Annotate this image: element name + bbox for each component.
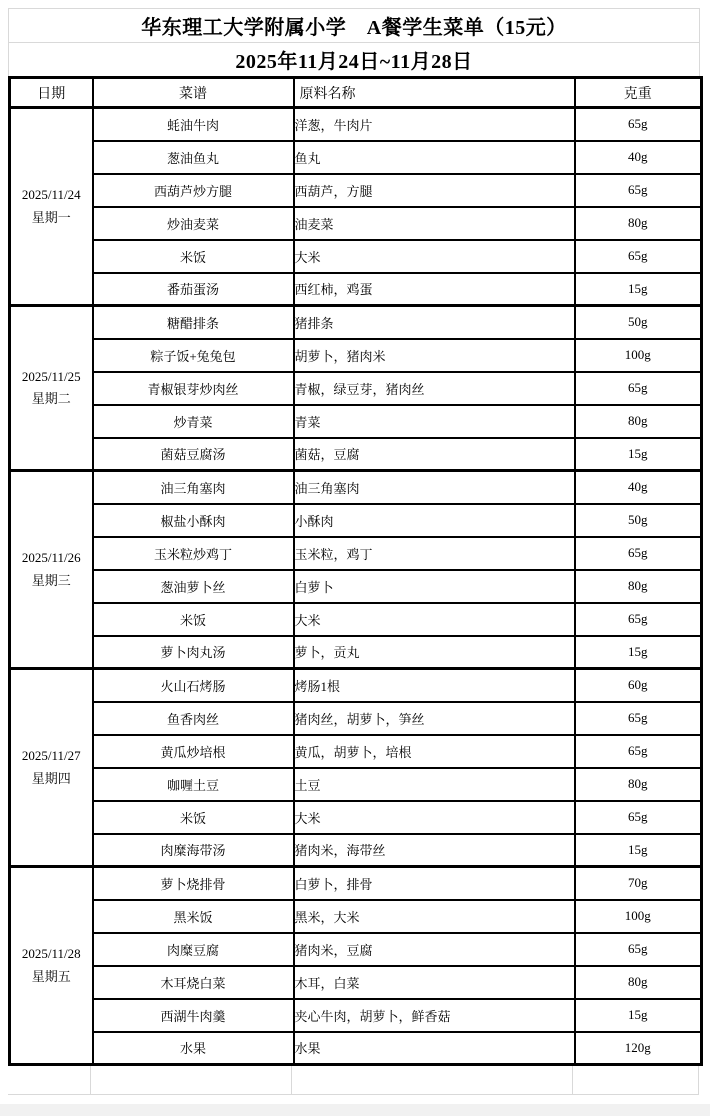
date-text: 2025/11/24 [11,184,92,206]
date-text: 2025/11/27 [11,745,92,767]
date-cell: 2025/11/28星期五 [10,867,93,1065]
menu-row: 木耳烧白菜木耳，白菜80g [10,966,702,999]
title-block: 华东理工大学附属小学 A餐学生菜单（15元） 2025年11月24日~11月28… [8,8,700,76]
menu-row: 炒青菜青菜80g [10,405,702,438]
weight-cell: 15g [575,999,702,1032]
dish-cell: 萝卜烧排骨 [93,867,294,900]
menu-row: 咖喱土豆土豆80g [10,768,702,801]
dish-cell: 木耳烧白菜 [93,966,294,999]
ingredients-cell: 油三角塞肉 [294,471,575,504]
weight-cell: 40g [575,141,702,174]
ingredients-cell: 白萝卜 [294,570,575,603]
weight-cell: 70g [575,867,702,900]
header-date: 日期 [10,78,93,108]
weight-cell: 80g [575,405,702,438]
weight-cell: 100g [575,339,702,372]
menu-row: 黑米饭黑米，大米100g [10,900,702,933]
dish-cell: 米饭 [93,603,294,636]
dish-cell: 黑米饭 [93,900,294,933]
ingredients-cell: 猪肉米，豆腐 [294,933,575,966]
weight-cell: 100g [575,900,702,933]
weekday-text: 星期四 [11,768,92,790]
header-ingredients: 原料名称 [294,78,575,108]
menu-row: 2025/11/28星期五萝卜烧排骨白萝卜，排骨70g [10,867,702,900]
ingredients-cell: 鱼丸 [294,141,575,174]
ingredients-cell: 洋葱，牛肉片 [294,108,575,141]
menu-row: 米饭大米65g [10,603,702,636]
menu-row: 肉糜豆腐猪肉米，豆腐65g [10,933,702,966]
menu-row: 肉糜海带汤猪肉米，海带丝15g [10,834,702,867]
ingredients-cell: 土豆 [294,768,575,801]
weight-cell: 80g [575,966,702,999]
weekday-text: 星期二 [11,388,92,410]
menu-table-body: 2025/11/24星期一蚝油牛肉洋葱，牛肉片65g葱油鱼丸鱼丸40g西葫芦炒方… [10,108,702,1065]
weight-cell: 60g [575,669,702,702]
weight-cell: 15g [575,438,702,471]
date-cell: 2025/11/27星期四 [10,669,93,867]
menu-row: 菌菇豆腐汤菌菇，豆腐15g [10,438,702,471]
dish-cell: 鱼香肉丝 [93,702,294,735]
weight-cell: 50g [575,306,702,339]
weekday-text: 星期一 [11,207,92,229]
weight-cell: 80g [575,570,702,603]
dish-cell: 水果 [93,1032,294,1065]
header-dish: 菜谱 [93,78,294,108]
date-cell: 2025/11/24星期一 [10,108,93,306]
dish-cell: 粽子饭+兔兔包 [93,339,294,372]
date-range: 2025年11月24日~11月28日 [9,43,699,76]
dish-cell: 肉糜豆腐 [93,933,294,966]
menu-row: 2025/11/27星期四火山石烤肠烤肠1根60g [10,669,702,702]
menu-row: 粽子饭+兔兔包胡萝卜，猪肉米100g [10,339,702,372]
dish-cell: 油三角塞肉 [93,471,294,504]
dish-cell: 炒青菜 [93,405,294,438]
dish-cell: 西湖牛肉羹 [93,999,294,1032]
menu-table: 日期 菜谱 原料名称 克重 2025/11/24星期一蚝油牛肉洋葱，牛肉片65g… [8,76,703,1066]
dish-cell: 菌菇豆腐汤 [93,438,294,471]
menu-row: 青椒银芽炒肉丝青椒，绿豆芽，猪肉丝65g [10,372,702,405]
ingredients-cell: 西红柿，鸡蛋 [294,273,575,306]
menu-sheet: 华东理工大学附属小学 A餐学生菜单（15元） 2025年11月24日~11月28… [0,0,710,1116]
dish-cell: 肉糜海带汤 [93,834,294,867]
menu-row: 炒油麦菜油麦菜80g [10,207,702,240]
ingredients-cell: 大米 [294,240,575,273]
menu-row: 鱼香肉丝猪肉丝，胡萝卜，笋丝65g [10,702,702,735]
ingredients-cell: 大米 [294,603,575,636]
weekday-text: 星期三 [11,570,92,592]
dish-cell: 椒盐小酥肉 [93,504,294,537]
dish-cell: 西葫芦炒方腿 [93,174,294,207]
ingredients-cell: 萝卜，贡丸 [294,636,575,669]
weight-cell: 65g [575,735,702,768]
empty-cell [8,1066,91,1094]
ingredients-cell: 胡萝卜，猪肉米 [294,339,575,372]
dish-cell: 黄瓜炒培根 [93,735,294,768]
weight-cell: 65g [575,603,702,636]
sheet-edge [0,1104,710,1116]
weight-cell: 15g [575,834,702,867]
date-cell: 2025/11/25星期二 [10,306,93,471]
date-text: 2025/11/28 [11,943,92,965]
menu-row: 萝卜肉丸汤萝卜，贡丸15g [10,636,702,669]
weight-cell: 65g [575,108,702,141]
menu-row: 椒盐小酥肉小酥肉50g [10,504,702,537]
dish-cell: 玉米粒炒鸡丁 [93,537,294,570]
ingredients-cell: 木耳，白菜 [294,966,575,999]
dish-cell: 番茄蛋汤 [93,273,294,306]
menu-row: 2025/11/24星期一蚝油牛肉洋葱，牛肉片65g [10,108,702,141]
ingredients-cell: 青菜 [294,405,575,438]
ingredients-cell: 猪排条 [294,306,575,339]
date-text: 2025/11/25 [11,366,92,388]
ingredients-cell: 黄瓜，胡萝卜，培根 [294,735,575,768]
empty-cell [91,1066,292,1094]
ingredients-cell: 烤肠1根 [294,669,575,702]
empty-grid-row [8,1066,699,1095]
weight-cell: 15g [575,636,702,669]
menu-row: 西葫芦炒方腿西葫芦，方腿65g [10,174,702,207]
ingredients-cell: 大米 [294,801,575,834]
ingredients-cell: 小酥肉 [294,504,575,537]
page-title: 华东理工大学附属小学 A餐学生菜单（15元） [9,9,699,43]
menu-row: 黄瓜炒培根黄瓜，胡萝卜，培根65g [10,735,702,768]
weight-cell: 65g [575,372,702,405]
weight-cell: 65g [575,933,702,966]
date-text: 2025/11/26 [11,547,92,569]
menu-row: 葱油鱼丸鱼丸40g [10,141,702,174]
header-row: 日期 菜谱 原料名称 克重 [10,78,702,108]
ingredients-cell: 青椒，绿豆芽，猪肉丝 [294,372,575,405]
dish-cell: 萝卜肉丸汤 [93,636,294,669]
ingredients-cell: 夹心牛肉，胡萝卜，鲜香菇 [294,999,575,1032]
ingredients-cell: 猪肉米，海带丝 [294,834,575,867]
weight-cell: 65g [575,801,702,834]
menu-row: 2025/11/25星期二糖醋排条猪排条50g [10,306,702,339]
weight-cell: 120g [575,1032,702,1065]
ingredients-cell: 玉米粒，鸡丁 [294,537,575,570]
dish-cell: 葱油鱼丸 [93,141,294,174]
dish-cell: 咖喱土豆 [93,768,294,801]
menu-row: 2025/11/26星期三油三角塞肉油三角塞肉40g [10,471,702,504]
dish-cell: 葱油萝卜丝 [93,570,294,603]
weight-cell: 65g [575,240,702,273]
weight-cell: 65g [575,174,702,207]
dish-cell: 青椒银芽炒肉丝 [93,372,294,405]
menu-row: 西湖牛肉羹夹心牛肉，胡萝卜，鲜香菇15g [10,999,702,1032]
weight-cell: 15g [575,273,702,306]
dish-cell: 糖醋排条 [93,306,294,339]
weight-cell: 80g [575,207,702,240]
weight-cell: 80g [575,768,702,801]
menu-row: 米饭大米65g [10,801,702,834]
menu-row: 葱油萝卜丝白萝卜80g [10,570,702,603]
ingredients-cell: 水果 [294,1032,575,1065]
weight-cell: 50g [575,504,702,537]
ingredients-cell: 油麦菜 [294,207,575,240]
menu-row: 水果水果120g [10,1032,702,1065]
header-weight: 克重 [575,78,702,108]
ingredients-cell: 西葫芦，方腿 [294,174,575,207]
weight-cell: 65g [575,537,702,570]
ingredients-cell: 猪肉丝，胡萝卜，笋丝 [294,702,575,735]
dish-cell: 米饭 [93,240,294,273]
menu-row: 米饭大米65g [10,240,702,273]
empty-cell [573,1066,699,1094]
empty-cell [292,1066,573,1094]
dish-cell: 米饭 [93,801,294,834]
ingredients-cell: 白萝卜，排骨 [294,867,575,900]
dish-cell: 火山石烤肠 [93,669,294,702]
date-cell: 2025/11/26星期三 [10,471,93,669]
dish-cell: 蚝油牛肉 [93,108,294,141]
dish-cell: 炒油麦菜 [93,207,294,240]
menu-row: 番茄蛋汤西红柿，鸡蛋15g [10,273,702,306]
ingredients-cell: 黑米，大米 [294,900,575,933]
weight-cell: 40g [575,471,702,504]
weight-cell: 65g [575,702,702,735]
weekday-text: 星期五 [11,966,92,988]
menu-row: 玉米粒炒鸡丁玉米粒，鸡丁65g [10,537,702,570]
ingredients-cell: 菌菇，豆腐 [294,438,575,471]
